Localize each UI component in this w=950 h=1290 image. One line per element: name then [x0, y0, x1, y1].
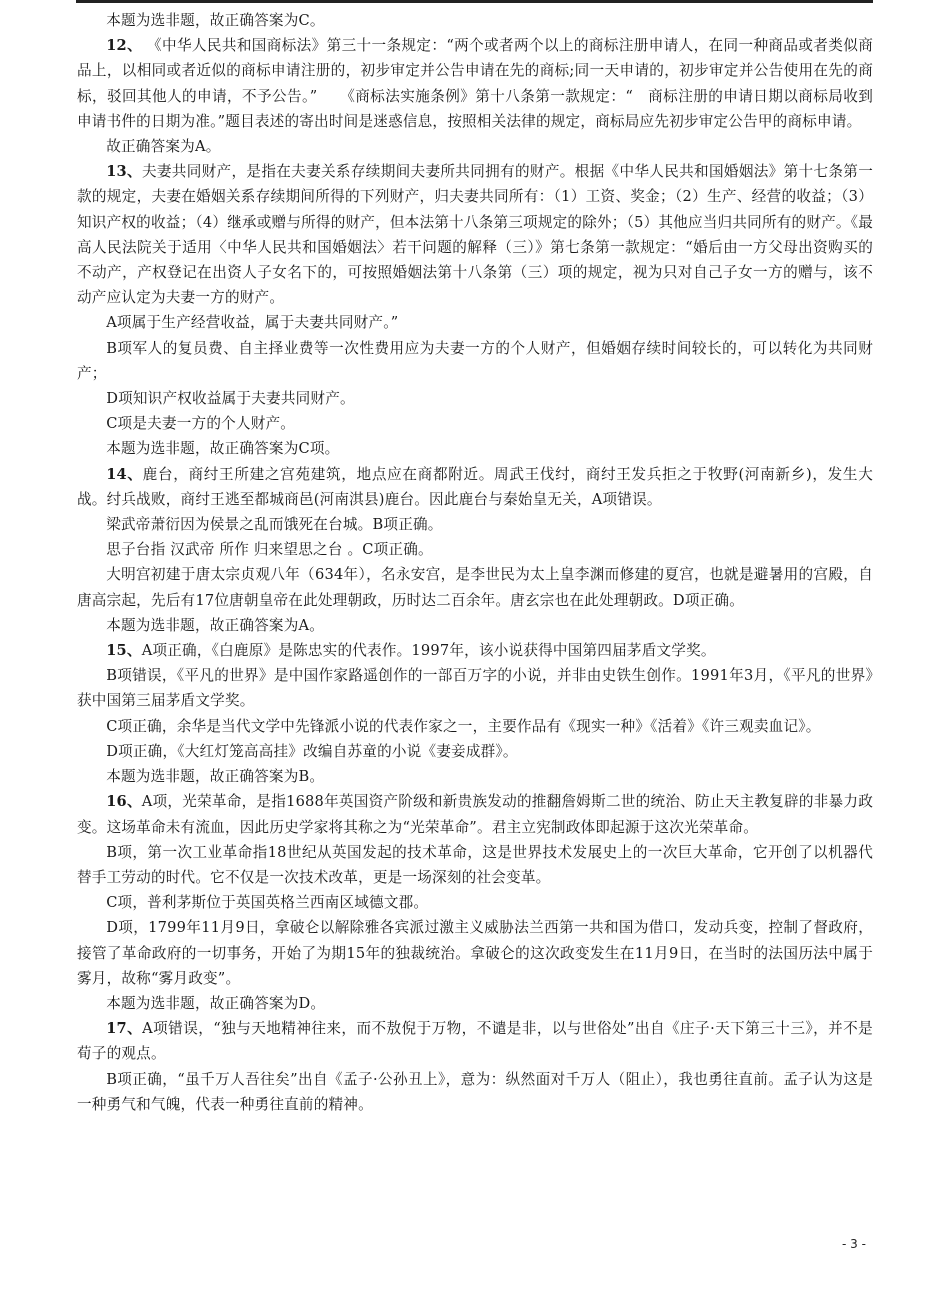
paragraph: B项军人的复员费、自主择业费等一次性费用应为夫妻一方的个人财产，但婚姻存续时间较… [77, 336, 873, 386]
paragraph-text: A项，光荣革命，是指1688年英国资产阶级和新贵族发动的推翻詹姆斯二世的统治、防… [77, 793, 873, 835]
paragraph: B项错误，《平凡的世界》是中国作家路遥创作的一部百万字的小说，并非由史铁生创作。… [77, 663, 873, 713]
paragraph-text: C项，普利茅斯位于英国英格兰西南区域德文郡。 [106, 894, 428, 911]
paragraph: 本题为选非题，故正确答案为A。 [77, 613, 873, 638]
paragraph-text: A项正确，《白鹿原》是陈忠实的代表作。1997年，该小说获得中国第四届茅盾文学奖… [142, 642, 716, 659]
paragraph-text: 梁武帝萧衍因为侯景之乱而饿死在台城。B项正确。 [106, 516, 442, 533]
paragraph: C项正确，余华是当代文学中先锋派小说的代表作家之一，主要作品有《现实一种》《活着… [77, 714, 873, 739]
question-number: 17、 [106, 1020, 142, 1037]
paragraph: 大明宫初建于唐太宗贞观八年（634年），名永安宫，是李世民为太上皇李渊而修建的夏… [77, 562, 873, 612]
question-number: 12、 [106, 37, 142, 54]
paragraph-text: 本题为选非题，故正确答案为C。 [106, 12, 324, 29]
paragraph: 梁武帝萧衍因为侯景之乱而饿死在台城。B项正确。 [77, 512, 873, 537]
paragraph: D项，1799年11月9日，拿破仑以解除雅各宾派过激主义威胁法兰西第一共和国为借… [77, 915, 873, 991]
paragraph-text: B项军人的复员费、自主择业费等一次性费用应为夫妻一方的个人财产，但婚姻存续时间较… [77, 340, 873, 382]
document-body: 本题为选非题，故正确答案为C。 12、 《中华人民共和国商标法》第三十一条规定：… [77, 8, 873, 1117]
paragraph-text: 本题为选非题，故正确答案为C项。 [106, 440, 339, 457]
paragraph: 故正确答案为A。 [77, 134, 873, 159]
paragraph-text: C项正确，余华是当代文学中先锋派小说的代表作家之一，主要作品有《现实一种》《活着… [106, 718, 820, 735]
paragraph-text: 思子台指 汉武帝 所作 归来望思之台 。C项正确。 [106, 541, 433, 558]
paragraph: 本题为选非题，故正确答案为C项。 [77, 436, 873, 461]
paragraph: A项属于生产经营收益，属于夫妻共同财产。” [77, 310, 873, 335]
paragraph: D项知识产权收益属于夫妻共同财产。 [77, 386, 873, 411]
page-number: - 3 - [842, 1237, 866, 1251]
paragraph-text: D项正确，《大红灯笼高高挂》改编自苏童的小说《妻妾成群》。 [106, 743, 518, 760]
question-number: 13、 [106, 163, 142, 180]
paragraph: 思子台指 汉武帝 所作 归来望思之台 。C项正确。 [77, 537, 873, 562]
question-number: 15、 [106, 642, 142, 659]
paragraph-text: A项错误，“独与天地精神往来，而不敖倪于万物，不谴是非，以与世俗处”出自《庄子·… [77, 1020, 873, 1062]
paragraph: 13、夫妻共同财产，是指在夫妻关系存续期间夫妻所共同拥有的财产。根据《中华人民共… [77, 159, 873, 310]
header-rule [76, 0, 873, 3]
paragraph: 本题为选非题，故正确答案为B。 [77, 764, 873, 789]
paragraph: 12、 《中华人民共和国商标法》第三十一条规定：“两个或者两个以上的商标注册申请… [77, 33, 873, 134]
paragraph-text: 故正确答案为A。 [106, 138, 220, 155]
paragraph: B项正确，“虽千万人吾往矣”出自《孟子·公孙丑上》，意为：纵然面对千万人（阻止）… [77, 1067, 873, 1117]
paragraph-text: 本题为选非题，故正确答案为A。 [106, 617, 324, 634]
paragraph-text: 鹿台，商纣王所建之宫苑建筑，地点应在商都附近。周武王伐纣，商纣王发兵拒之于牧野(… [77, 466, 873, 508]
paragraph: 17、A项错误，“独与天地精神往来，而不敖倪于万物，不谴是非，以与世俗处”出自《… [77, 1016, 873, 1066]
paragraph: 16、A项，光荣革命，是指1688年英国资产阶级和新贵族发动的推翻詹姆斯二世的统… [77, 789, 873, 839]
paragraph-text: D项知识产权收益属于夫妻共同财产。 [106, 390, 355, 407]
paragraph: 15、A项正确，《白鹿原》是陈忠实的代表作。1997年，该小说获得中国第四届茅盾… [77, 638, 873, 663]
paragraph-text: 大明宫初建于唐太宗贞观八年（634年），名永安宫，是李世民为太上皇李渊而修建的夏… [77, 566, 873, 608]
paragraph-text: A项属于生产经营收益，属于夫妻共同财产。” [106, 314, 398, 331]
paragraph-text: D项，1799年11月9日，拿破仑以解除雅各宾派过激主义威胁法兰西第一共和国为借… [77, 919, 873, 986]
paragraph: D项正确，《大红灯笼高高挂》改编自苏童的小说《妻妾成群》。 [77, 739, 873, 764]
paragraph: 本题为选非题，故正确答案为D。 [77, 991, 873, 1016]
paragraph: 本题为选非题，故正确答案为C。 [77, 8, 873, 33]
paragraph: 14、鹿台，商纣王所建之宫苑建筑，地点应在商都附近。周武王伐纣，商纣王发兵拒之于… [77, 462, 873, 512]
paragraph: C项是夫妻一方的个人财产。 [77, 411, 873, 436]
paragraph: C项，普利茅斯位于英国英格兰西南区域德文郡。 [77, 890, 873, 915]
paragraph-text: 《中华人民共和国商标法》第三十一条规定：“两个或者两个以上的商标注册申请人，在同… [77, 37, 873, 130]
paragraph: B项，第一次工业革命指18世纪从英国发起的技术革命，这是世界技术发展史上的一次巨… [77, 840, 873, 890]
paragraph-text: 本题为选非题，故正确答案为B。 [106, 768, 324, 785]
question-number: 14、 [106, 466, 142, 483]
paragraph-text: C项是夫妻一方的个人财产。 [106, 415, 295, 432]
paragraph-text: B项正确，“虽千万人吾往矣”出自《孟子·公孙丑上》，意为：纵然面对千万人（阻止）… [77, 1071, 873, 1113]
paragraph-text: B项，第一次工业革命指18世纪从英国发起的技术革命，这是世界技术发展史上的一次巨… [77, 844, 873, 886]
question-number: 16、 [106, 793, 142, 810]
paragraph-text: B项错误，《平凡的世界》是中国作家路遥创作的一部百万字的小说，并非由史铁生创作。… [77, 667, 873, 709]
paragraph-text: 本题为选非题，故正确答案为D。 [106, 995, 325, 1012]
paragraph-text: 夫妻共同财产，是指在夫妻关系存续期间夫妻所共同拥有的财产。根据《中华人民共和国婚… [77, 163, 873, 306]
